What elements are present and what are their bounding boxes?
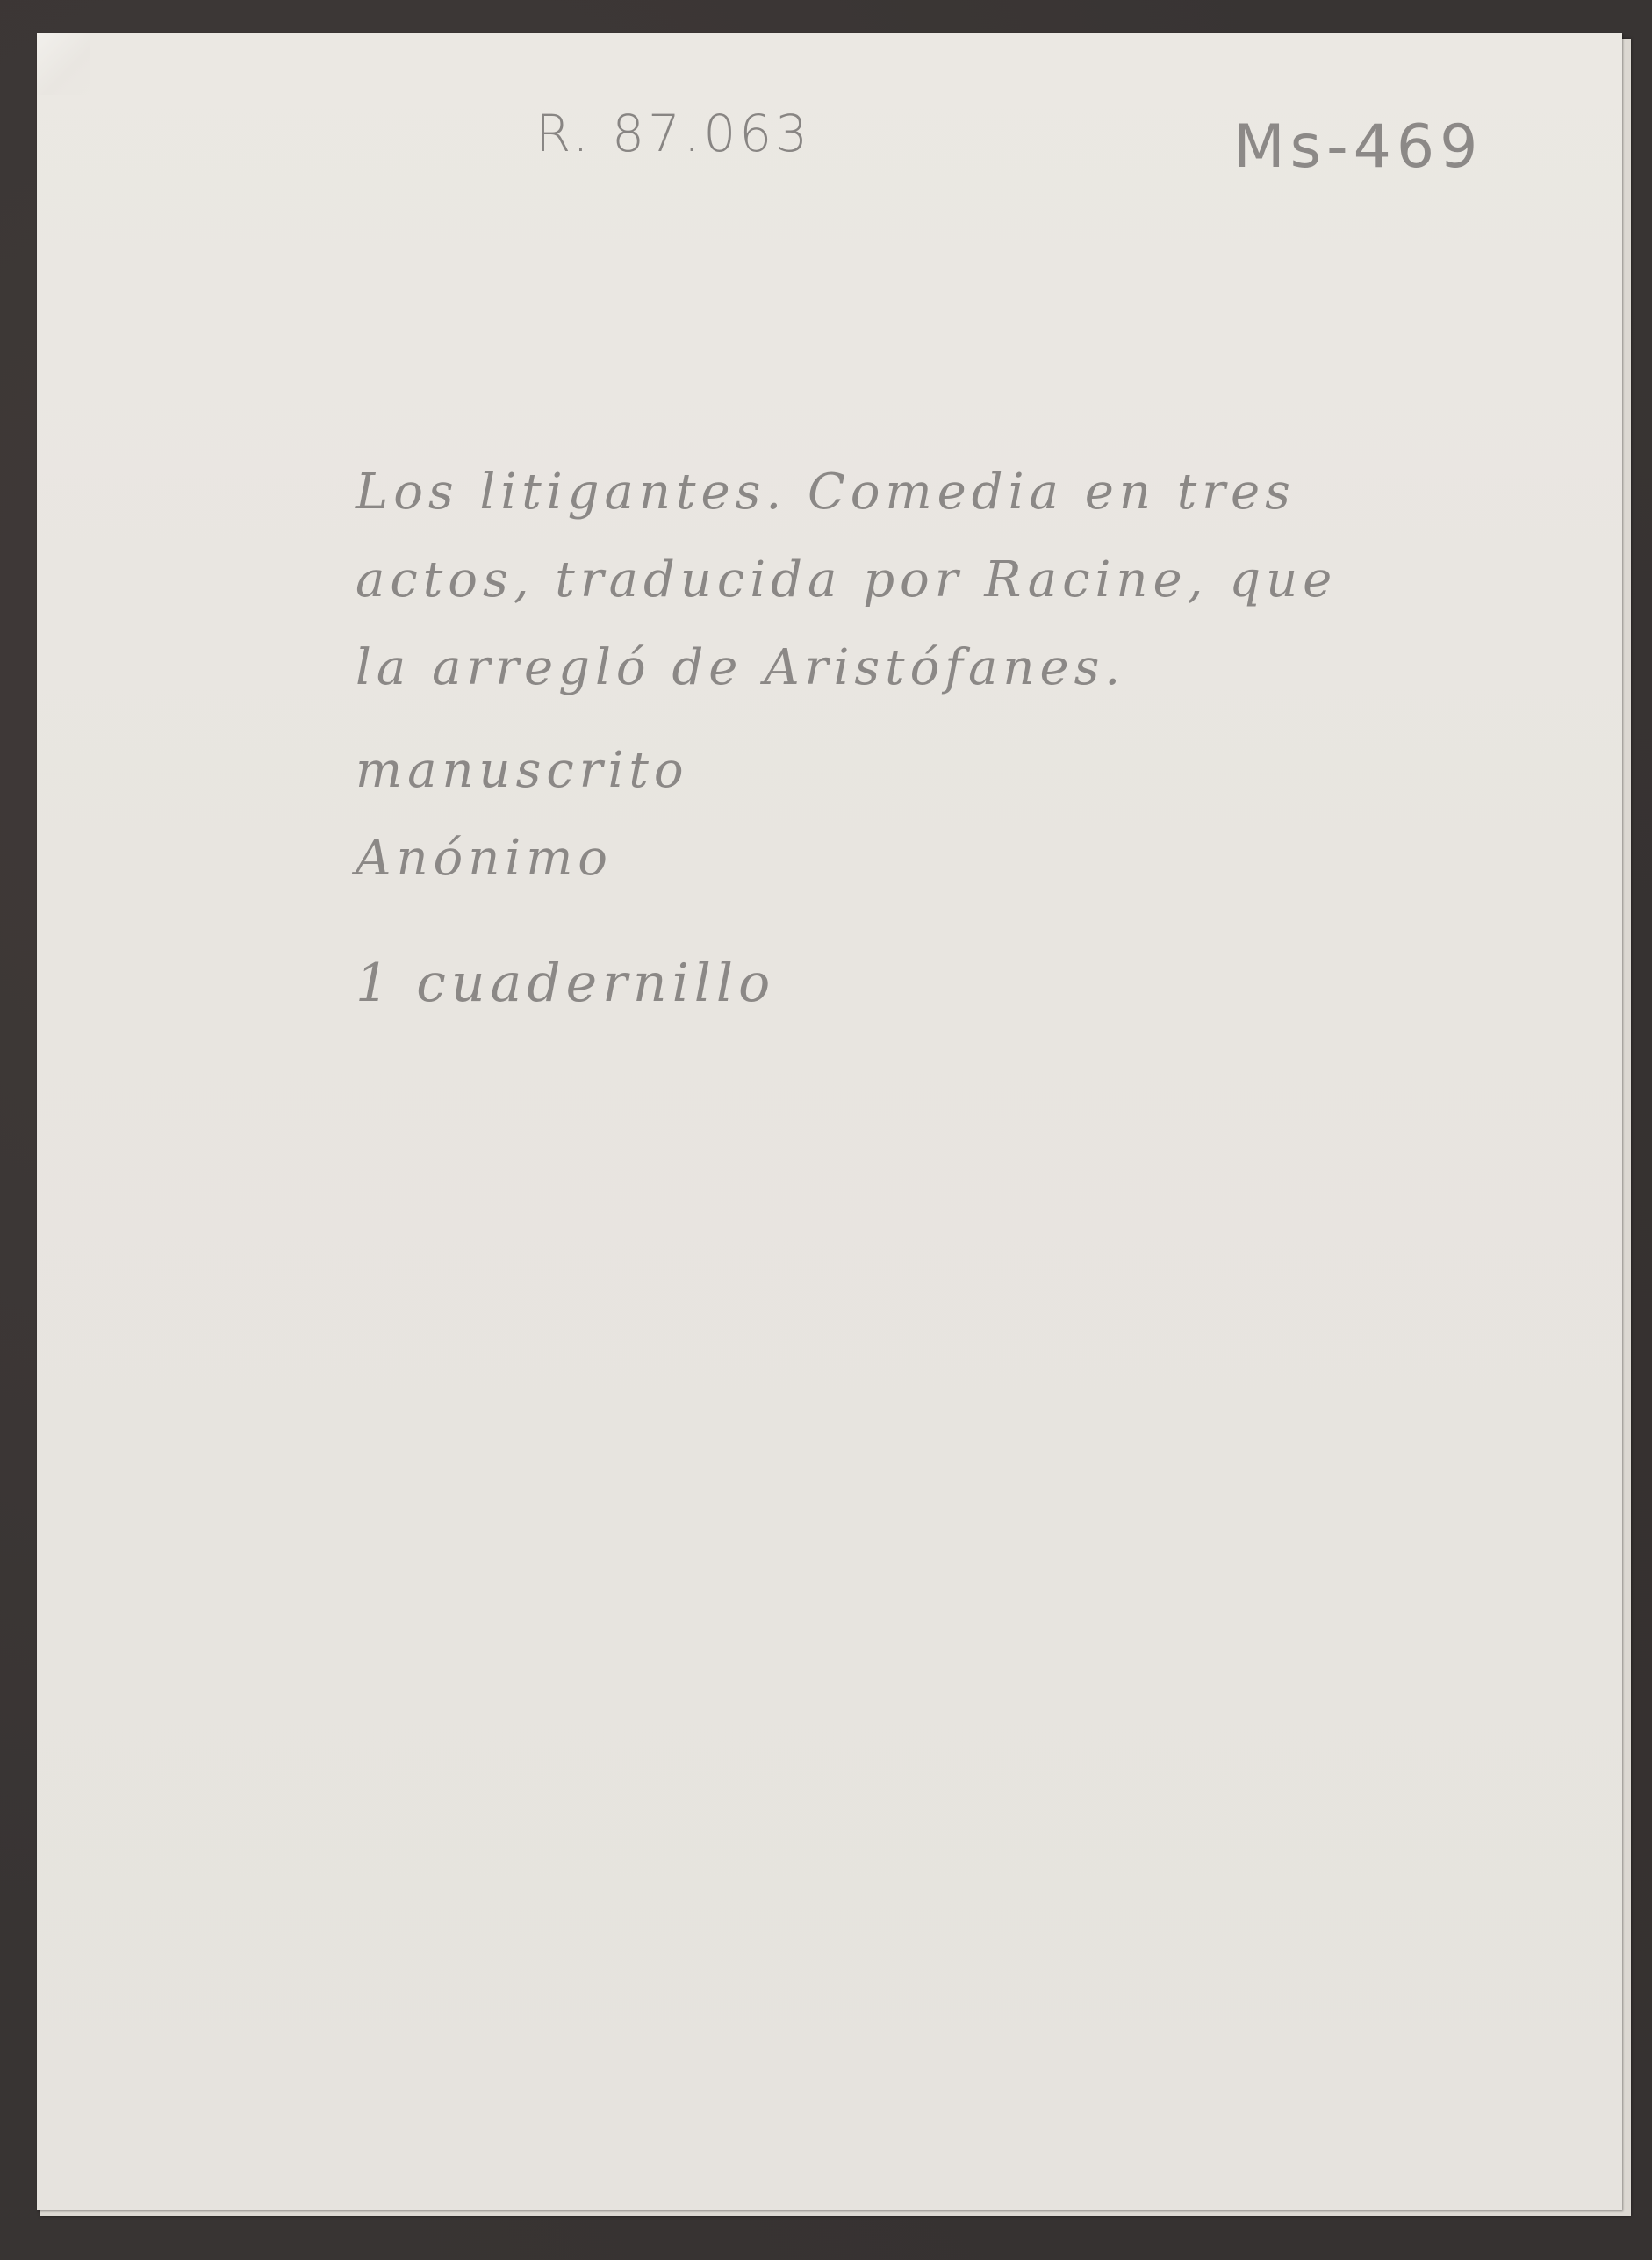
description-line-author: Anónimo <box>356 830 613 887</box>
description-line-translation: actos, traducida por Racine, que <box>356 551 1337 608</box>
document-page <box>37 33 1622 2210</box>
description-line-title: Los litigantes. Comedia en tres <box>356 464 1296 521</box>
description-line-format: manuscrito <box>356 742 689 799</box>
manuscript-number: Ms-469 <box>1233 112 1483 182</box>
description-line-extent: 1 cuadernillo <box>356 953 775 1014</box>
reference-number: R. 87.063 <box>535 104 811 163</box>
description-line-source: la arregló de Aristófanes. <box>356 639 1125 696</box>
